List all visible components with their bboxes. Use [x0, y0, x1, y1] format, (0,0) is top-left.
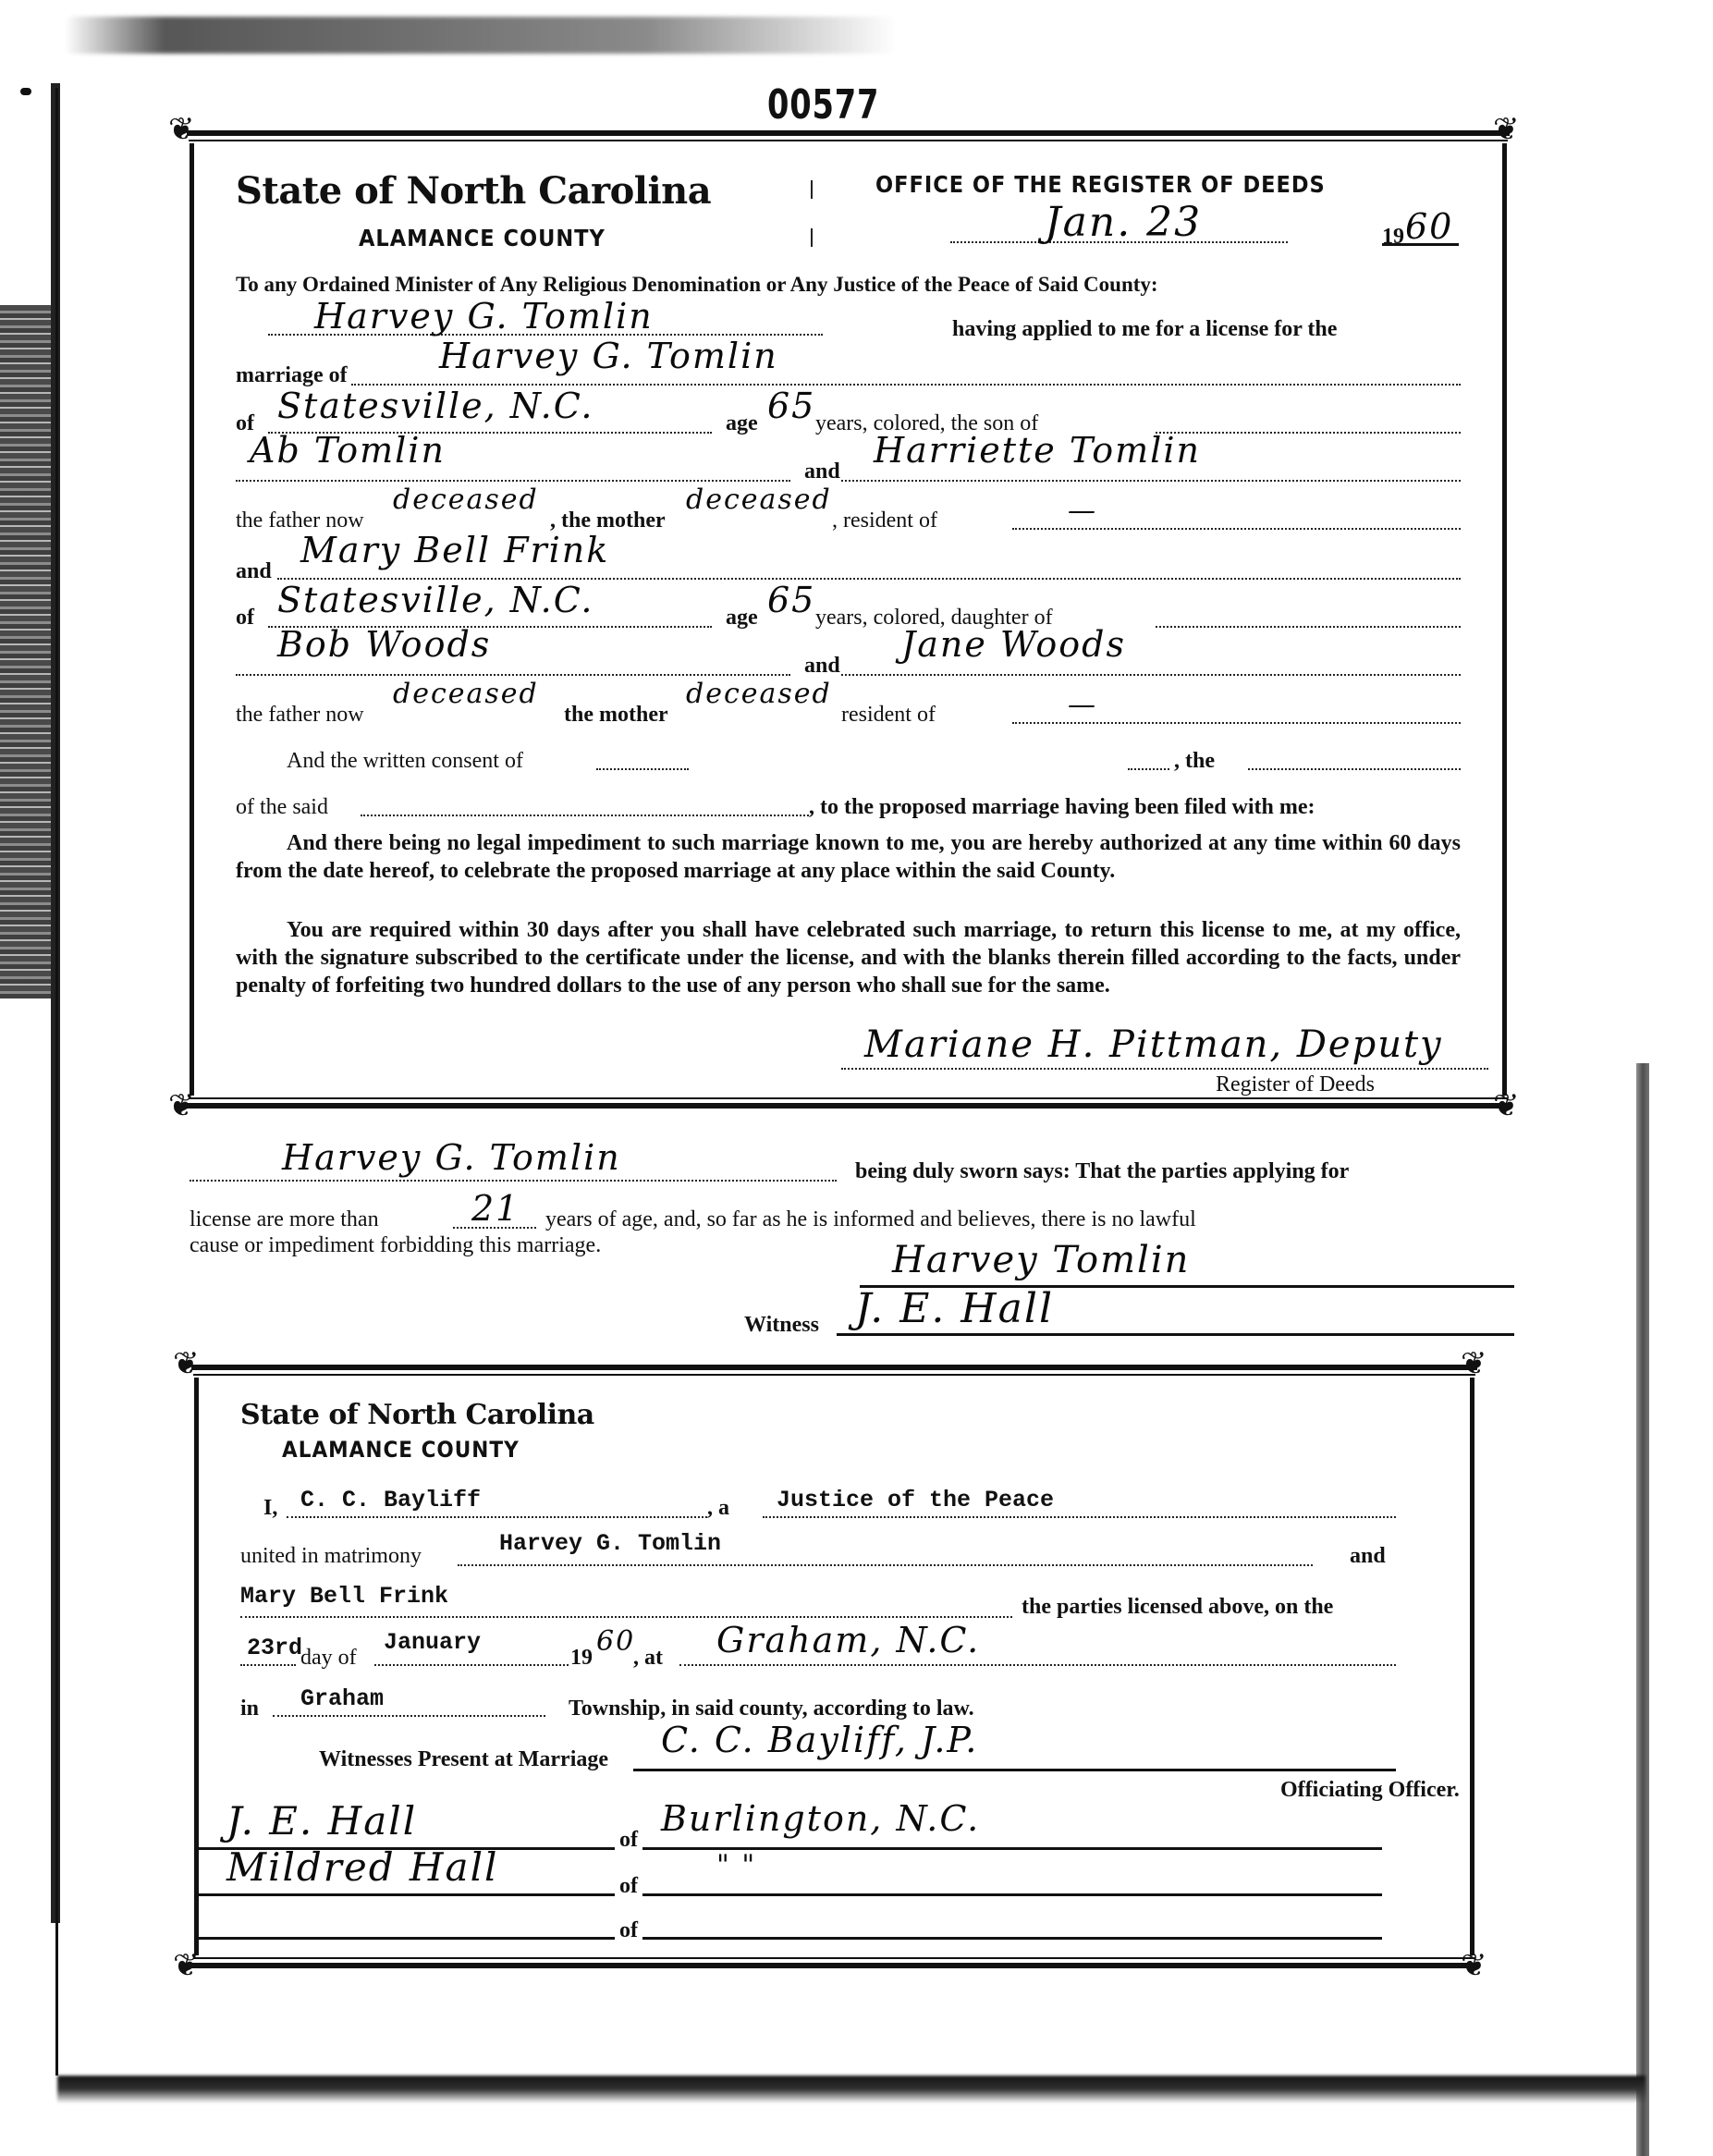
label: I,	[263, 1496, 277, 1521]
officiant-name: C. C. Bayliff	[300, 1487, 481, 1513]
certificate-box: ❦ ❦ ❦ ❦ State of North Carolina ALAMANCE…	[194, 1378, 1474, 1955]
ornament-corner-icon: ❦	[173, 1348, 208, 1383]
label: of	[236, 606, 254, 631]
cert-bride: Mary Bell Frink	[240, 1583, 448, 1610]
state-title: State of North Carolina	[236, 169, 711, 213]
groom-mother: Harriette Tomlin	[874, 430, 1201, 471]
officer-label: Officiating Officer.	[1280, 1778, 1460, 1803]
paper-edge-left	[55, 88, 58, 2076]
sworn-text: being duly sworn says: That the parties …	[855, 1159, 1349, 1184]
witness-3-line	[199, 1937, 615, 1940]
label: , resident of	[832, 508, 937, 533]
marriage-place: Graham, N.C.	[716, 1620, 980, 1660]
label: license are more than	[190, 1207, 379, 1232]
consent-line	[596, 768, 689, 770]
officer-signature-line	[633, 1769, 1396, 1771]
line	[841, 674, 1461, 676]
bride-parents-residence: —	[1068, 689, 1097, 721]
label: , the	[1174, 749, 1215, 774]
bride-residence: Statesville, N.C.	[277, 580, 594, 620]
witness-2-line	[199, 1893, 615, 1896]
groom-line	[458, 1564, 1313, 1566]
witness-line	[837, 1333, 1514, 1336]
label: united in matrimony	[240, 1544, 422, 1569]
officer-signature: C. C. Bayliff, J.P.	[661, 1720, 978, 1760]
line	[1156, 626, 1461, 628]
signature-line	[841, 1068, 1488, 1070]
township-line	[273, 1715, 545, 1717]
scan-mark	[20, 88, 31, 95]
year-prefix: 19	[570, 1646, 593, 1671]
label: , at	[633, 1646, 663, 1671]
county-name: ALAMANCE COUNTY	[359, 225, 606, 251]
bride-mother: Jane Woods	[901, 624, 1126, 665]
label: and	[804, 459, 840, 484]
cert-groom: Harvey G. Tomlin	[499, 1530, 721, 1557]
label: age	[726, 606, 758, 631]
groom-residence: Statesville, N.C.	[277, 386, 594, 426]
groom-parents-residence: —	[1068, 495, 1097, 527]
applied-text: having applied to me for a license for t…	[952, 317, 1337, 342]
label: of	[619, 1918, 638, 1943]
bride-mother-status: deceased	[686, 678, 832, 710]
label: of	[619, 1828, 638, 1853]
label: Township, in said county, according to l…	[569, 1697, 974, 1721]
label: the father now	[236, 703, 364, 728]
township-name: Graham	[300, 1685, 384, 1712]
address-line: To any Ordained Minister of Any Religiou…	[236, 273, 1158, 297]
officiant-title: Justice of the Peace	[777, 1487, 1054, 1513]
label: the parties licensed above, on the	[1022, 1595, 1333, 1620]
bride-father-status: deceased	[393, 678, 539, 710]
minimum-age: 21	[471, 1188, 520, 1229]
marriage-year: 60	[596, 1625, 635, 1658]
line	[361, 815, 809, 816]
date-year: 60	[1405, 206, 1453, 247]
groom-name: Harvey G. Tomlin	[439, 336, 778, 376]
line	[236, 674, 790, 676]
cert-county: ALAMANCE COUNTY	[282, 1437, 520, 1463]
label: of	[619, 1874, 638, 1899]
register-title: Register of Deeds	[1216, 1072, 1375, 1097]
witness-label: Witness	[744, 1313, 819, 1338]
marriage-day: 23rd	[247, 1635, 302, 1661]
applicant-name: Harvey G. Tomlin	[314, 296, 654, 337]
ornament-corner-icon: ❦	[168, 114, 203, 149]
officiant-line	[287, 1516, 707, 1518]
label: in	[240, 1697, 259, 1721]
groom-mother-status: deceased	[686, 484, 832, 516]
label: and	[1350, 1544, 1386, 1569]
officer-of: Burlington, N.C.	[661, 1798, 980, 1839]
label: age	[726, 411, 758, 436]
label: marriage of	[236, 363, 348, 388]
return-paragraph: You are required within 30 days after yo…	[236, 916, 1461, 999]
license-box: ❦ ❦ ❦ ❦ State of North Carolina ALAMANCE…	[190, 143, 1507, 1096]
witness-signature: J. E. Hall	[855, 1285, 1054, 1332]
ornament-corner-icon: ❦	[1461, 1950, 1496, 1985]
paper-edge-right	[1636, 1063, 1649, 2156]
affidavit-section: Harvey G. Tomlin being duly sworn says: …	[190, 1137, 1511, 1359]
ornament-corner-icon: ❦	[1493, 114, 1528, 149]
label: cause or impediment forbidding this marr…	[190, 1233, 601, 1258]
groom-age: 65	[767, 386, 815, 426]
ornament-corner-icon: ❦	[1493, 1090, 1528, 1125]
label: and	[236, 559, 272, 584]
label: , a	[707, 1496, 729, 1521]
ornament-corner-icon: ❦	[1461, 1348, 1496, 1383]
month-line	[374, 1664, 569, 1666]
line	[1012, 528, 1461, 530]
label: of the said	[236, 795, 328, 820]
place-line	[679, 1664, 1396, 1666]
license-date: Jan. 23	[1045, 199, 1202, 246]
groom-father: Ab Tomlin	[250, 430, 446, 471]
title-line	[763, 1516, 1396, 1518]
line	[1248, 768, 1461, 770]
bride-name: Mary Bell Frink	[300, 530, 609, 570]
office-title: OFFICE OF THE REGISTER OF DEEDS	[875, 171, 1326, 198]
groom-father-status: deceased	[393, 484, 539, 516]
bride-line	[240, 1616, 1012, 1618]
cert-state-title: State of North Carolina	[240, 1399, 594, 1431]
label: and	[804, 654, 840, 679]
consent-line	[1128, 768, 1169, 770]
witness-2-of-line	[642, 1893, 1382, 1896]
label: And the written consent of	[287, 749, 523, 774]
witness-3-of-line	[642, 1937, 1382, 1940]
day-line	[240, 1664, 296, 1666]
year-line	[1382, 243, 1459, 246]
label: day of	[300, 1646, 357, 1671]
ornament-corner-icon: ❦	[173, 1950, 208, 1985]
witness-2-of: " "	[716, 1849, 756, 1881]
label: years of age, and, so far as he is infor…	[545, 1207, 1196, 1232]
scan-binding-strip	[0, 305, 57, 998]
divider	[811, 228, 813, 247]
line	[1012, 722, 1461, 724]
ornament-corner-icon: ❦	[168, 1090, 203, 1125]
label: resident of	[841, 703, 936, 728]
divider	[811, 180, 813, 199]
label: , to the proposed marriage having been f…	[809, 795, 1315, 820]
affiant-signature: Harvey Tomlin	[892, 1239, 1190, 1281]
authorization-paragraph: And there being no legal impediment to s…	[236, 829, 1461, 885]
marriage-month: January	[384, 1629, 481, 1656]
witnesses-label: Witnesses Present at Marriage	[319, 1747, 608, 1772]
register-signature: Mariane H. Pittman, Deputy	[864, 1023, 1443, 1066]
bride-father: Bob Woods	[277, 624, 491, 665]
document-number: 00577	[767, 81, 879, 129]
witness-2-signature: Mildred Hall	[226, 1844, 498, 1890]
line	[1156, 432, 1461, 434]
scan-smudge-bottom	[57, 2076, 1646, 2103]
affiant-line	[190, 1180, 837, 1182]
line	[236, 480, 790, 482]
witness-1-signature: J. E. Hall	[226, 1798, 417, 1844]
line	[841, 480, 1461, 482]
label: the mother	[564, 703, 668, 728]
affiant-name: Harvey G. Tomlin	[282, 1137, 621, 1178]
bride-age: 65	[767, 580, 815, 620]
scan-smudge-top	[65, 17, 897, 54]
